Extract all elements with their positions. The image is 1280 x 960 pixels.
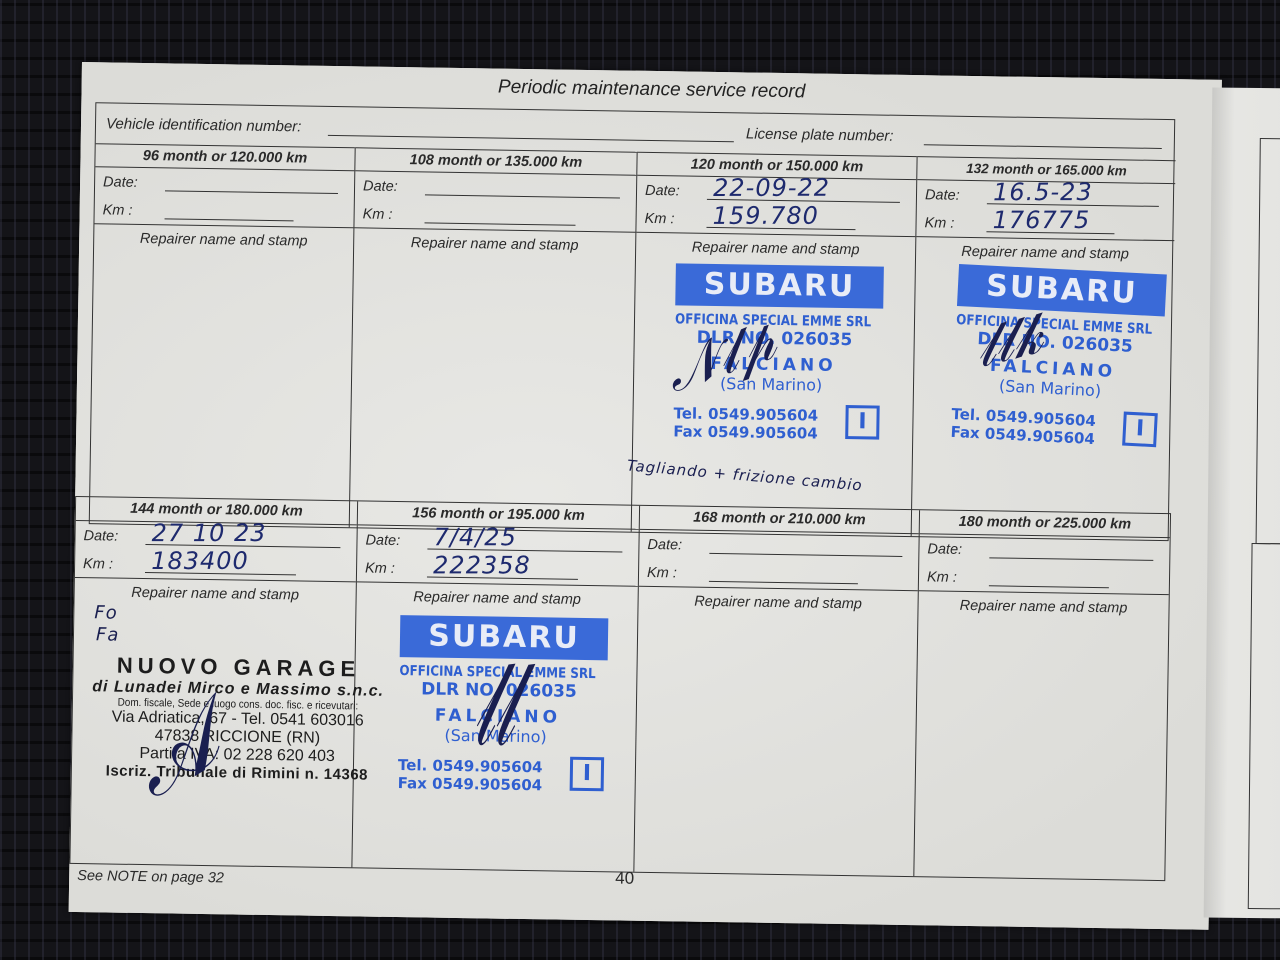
stamp-area: Repairer name and stamp SUBARU OFFICINA …	[912, 236, 1175, 540]
service-cell-108: 108 month or 135.000 km Date: Km : Repai…	[350, 147, 638, 531]
service-cell-144: 144 month or 180.000 km Date:27 10 23 Km…	[70, 497, 358, 867]
date-field[interactable]: Date:	[639, 530, 918, 562]
stamp-area: Repairer name and stamp	[914, 590, 1168, 880]
date-field[interactable]: Date:	[355, 171, 636, 203]
km-field[interactable]: Km :	[919, 562, 1169, 594]
service-cell-96: 96 month or 120.000 km Date: Km : Repair…	[90, 143, 356, 527]
footer-note: See NOTE on page 32	[77, 868, 224, 886]
country-code-badge: I	[845, 405, 880, 440]
service-cell-120: 120 month or 150.000 km Date:22-09-22 Km…	[632, 152, 918, 536]
subaru-logo: SUBARU	[957, 264, 1167, 316]
facing-grid-top	[1256, 138, 1280, 545]
handwritten-km: 176775	[993, 206, 1091, 234]
country-code-badge: I	[570, 757, 605, 792]
subaru-logo: SUBARU	[400, 615, 609, 660]
subaru-dealer-stamp: SUBARU OFFICINA SPECIAL EMME SRL DLR NO.…	[398, 615, 621, 795]
stamp-area: Repairer name and stamp	[634, 586, 917, 876]
handwritten-date: 22-09-22	[713, 174, 830, 202]
km-field[interactable]: Km :	[354, 199, 635, 231]
vin-label: Vehicle identification number:	[106, 115, 302, 135]
plate-field[interactable]	[924, 144, 1162, 149]
date-field[interactable]: Date:	[95, 167, 354, 199]
service-cell-168: 168 month or 210.000 km Date: Km : Repai…	[634, 506, 920, 876]
service-grid-top: Vehicle identification number: License p…	[89, 102, 1175, 541]
km-field[interactable]: Km :	[639, 558, 918, 590]
handwritten-km: 222358	[433, 551, 531, 579]
stamp-area: Repairer name and stamp SUBARU OFFICINA …	[352, 581, 637, 871]
stamp-area: Repairer name and stamp Fo Fa NUOVO GARA…	[70, 577, 355, 867]
handwritten-km: 183400	[151, 547, 249, 575]
service-cell-132: 132 month or 165.000 km Date:16.5-23 Km …	[912, 156, 1176, 540]
km-field[interactable]: Km :183400	[75, 549, 356, 581]
handwritten-date: 16.5-23	[993, 178, 1093, 206]
facing-page-edge	[1204, 88, 1280, 919]
handwritten-note: Fa	[96, 624, 120, 645]
handwritten-date: 7/4/25	[434, 523, 517, 551]
km-field[interactable]: Km :159.780	[636, 204, 915, 236]
page-number: 40	[615, 868, 634, 888]
km-field[interactable]: Km :	[94, 195, 353, 227]
stamp-area: Repairer name and stamp SUBARU OFFICINA …	[632, 232, 916, 536]
service-cell-156: 156 month or 195.000 km Date:7/4/25 Km :…	[352, 501, 640, 871]
facing-grid-bottom	[1248, 543, 1280, 910]
service-record-page: Periodic maintenance service record Vehi…	[69, 62, 1222, 930]
subaru-dealer-stamp: SUBARU OFFICINA SPECIAL EMME SRL DLR NO.…	[950, 264, 1179, 452]
plate-label: License plate number:	[746, 125, 894, 144]
date-field[interactable]: Date:	[919, 534, 1169, 566]
handwritten-km: 159.780	[713, 202, 819, 230]
handwritten-date: 27 10 23	[152, 519, 267, 547]
service-cell-180: 180 month or 225.000 km Date: Km : Repai…	[914, 510, 1170, 880]
handwritten-note: Fo	[94, 602, 118, 623]
stamp-area: Repairer name and stamp	[350, 227, 636, 531]
km-field[interactable]: Km :176775	[916, 208, 1174, 240]
handwritten-note: Tagliando + frizione cambio	[626, 456, 863, 494]
subaru-dealer-stamp: SUBARU OFFICINA SPECIAL EMME SRL DLR NO.…	[673, 263, 896, 443]
country-code-badge: I	[1122, 412, 1158, 448]
subaru-logo: SUBARU	[675, 263, 884, 308]
vin-field[interactable]	[328, 135, 734, 142]
stamp-area: Repairer name and stamp	[90, 223, 354, 527]
service-grid-bottom: 144 month or 180.000 km Date:27 10 23 Km…	[69, 496, 1171, 881]
km-field[interactable]: Km :222358	[357, 553, 638, 585]
